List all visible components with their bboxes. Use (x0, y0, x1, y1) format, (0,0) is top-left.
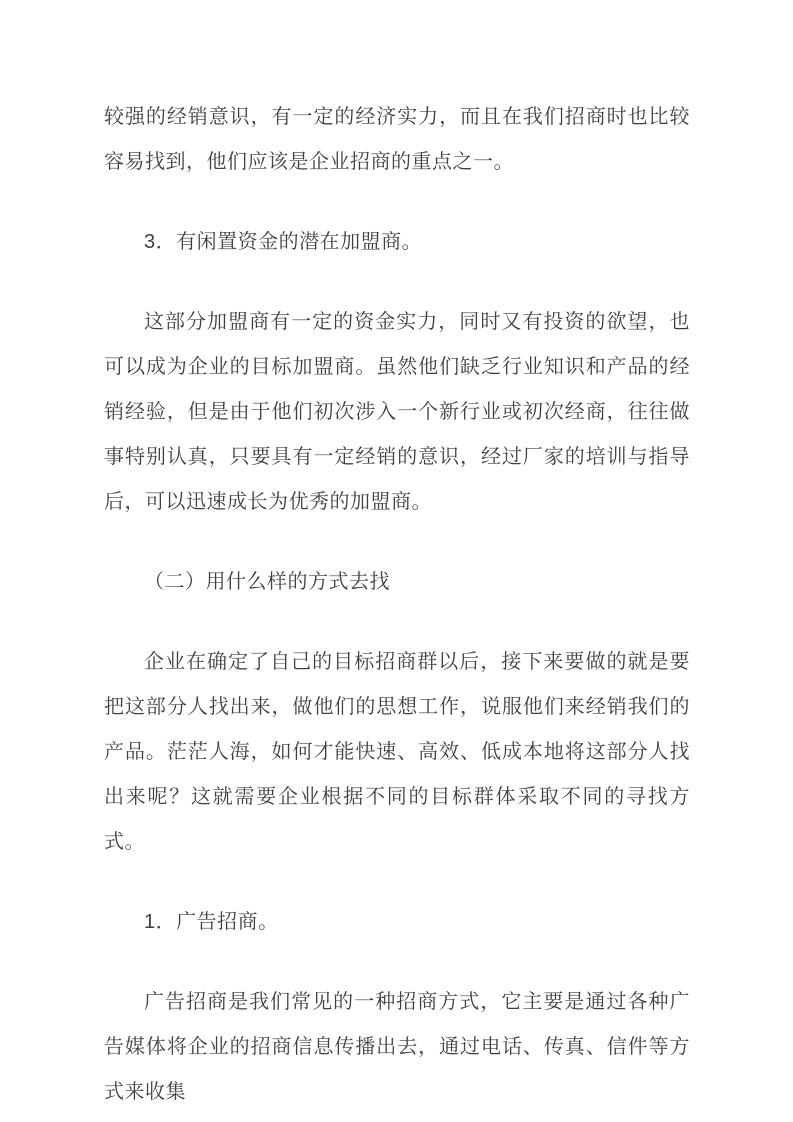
section-heading-2: （二）用什么样的方式去找 (104, 560, 690, 605)
document-body: 较强的经销意识，有一定的经济实力，而且在我们招商时也比较容易找到，他们应该是企业… (104, 95, 690, 1115)
paragraph-body: 企业在确定了自己的目标招商群以后，接下来要做的就是要把这部分人找出来，做他们的思… (104, 640, 690, 865)
numbered-heading-3: 3．有闲置资金的潜在加盟商。 (104, 220, 690, 265)
document-page: 较强的经销意识，有一定的经济实力，而且在我们招商时也比较容易找到，他们应该是企业… (0, 0, 793, 1122)
paragraph-body: 这部分加盟商有一定的资金实力，同时又有投资的欲望，也可以成为企业的目标加盟商。虽… (104, 300, 690, 525)
paragraph-body-truncated: 广告招商是我们常见的一种招商方式，它主要是通过各种广告媒体将企业的招商信息传播出… (104, 980, 690, 1115)
numbered-heading-1: 1．广告招商。 (104, 900, 690, 945)
paragraph-continuation: 较强的经销意识，有一定的经济实力，而且在我们招商时也比较容易找到，他们应该是企业… (104, 95, 690, 185)
